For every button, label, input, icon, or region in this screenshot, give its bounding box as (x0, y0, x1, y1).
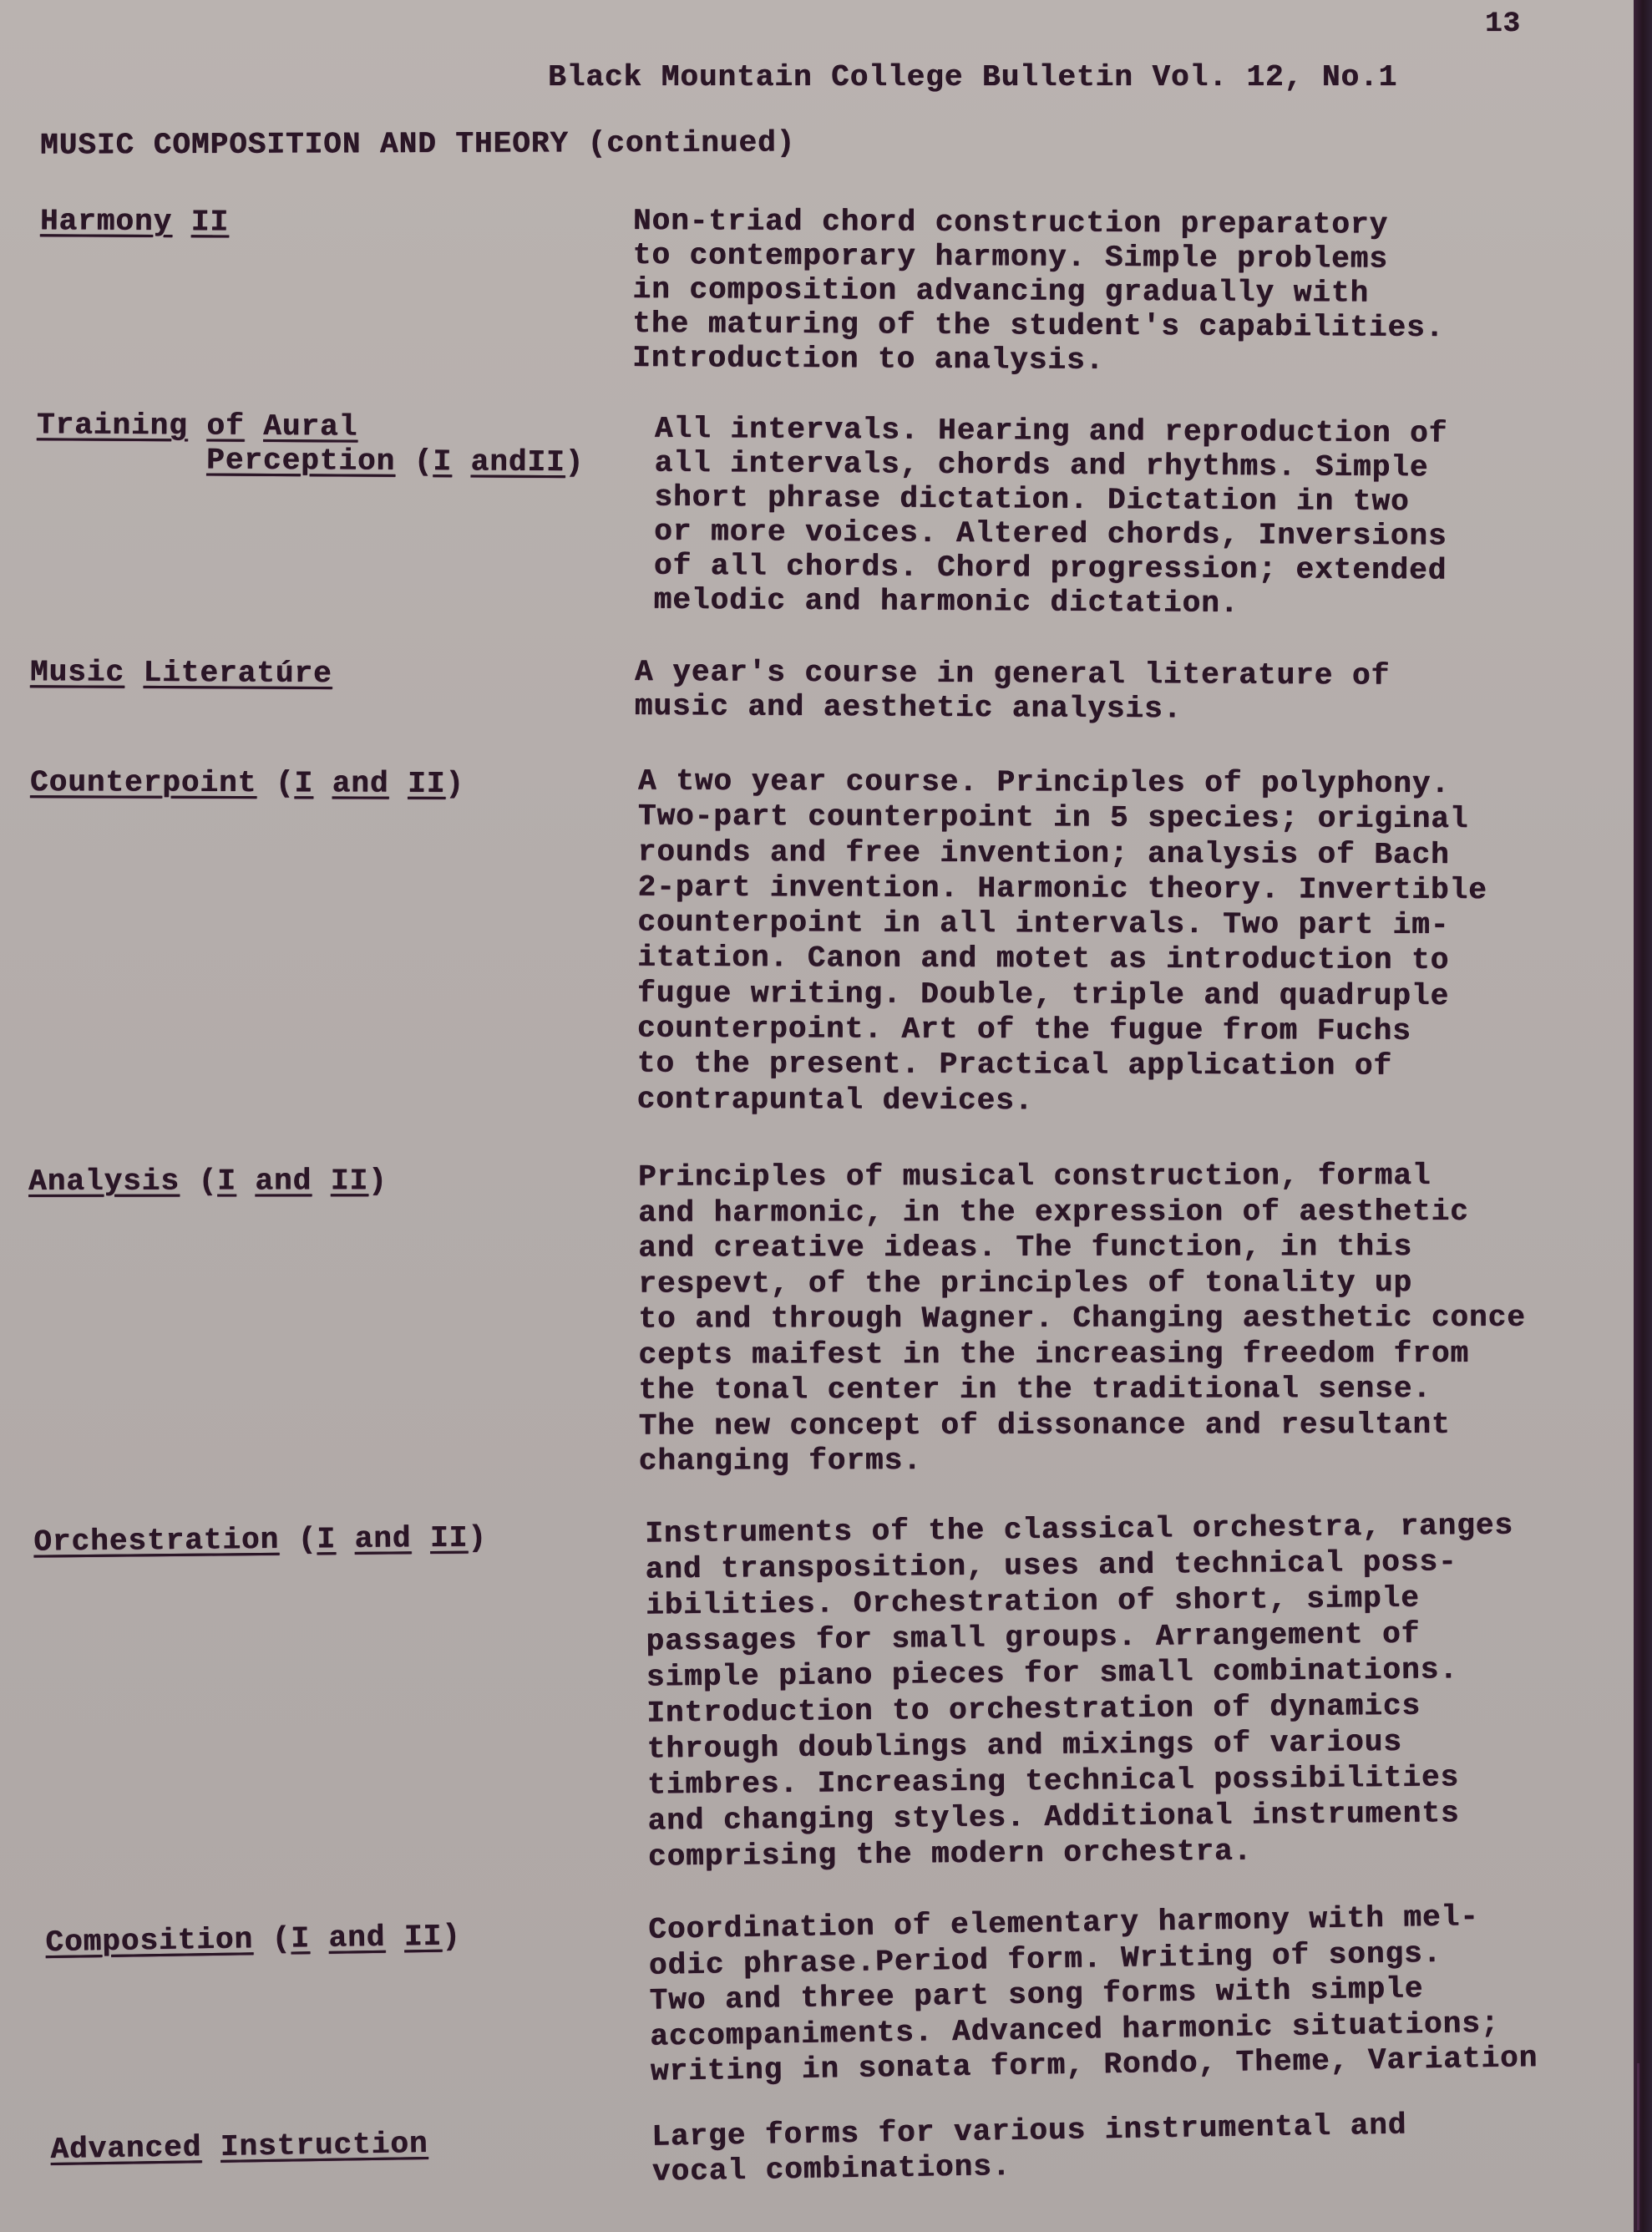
description-line: music and aesthetic analysis. (635, 689, 1390, 728)
course-entry: Composition (I and II)Coordination of el… (0, 1897, 1635, 1923)
course-name: Training of Aural Perception (I andII) (36, 408, 584, 479)
name-spacer: ( (279, 1522, 317, 1556)
page-edge-line (1637, 2063, 1639, 2230)
course-name-line: Harmony II (40, 204, 229, 239)
description-line: changing forms. (639, 1443, 1526, 1479)
name-spacer (313, 766, 332, 800)
description-line: to and through Wagner. Changing aestheti… (638, 1301, 1525, 1337)
course-name: Music Literatúre (30, 655, 332, 691)
description-line: comprising the modern orchestra. (648, 1831, 1517, 1875)
description-line: A year's course in general literature of (635, 655, 1390, 693)
name-spacer (36, 442, 206, 477)
course-description: Large forms for various instrumental and… (651, 2108, 1407, 2190)
page-number: 13 (1485, 7, 1521, 42)
underlined-word: II (191, 205, 229, 239)
description-line: contrapuntal devices. (637, 1082, 1487, 1120)
description-line: or more voices. Altered chords, Inversio… (654, 515, 1447, 554)
section-title: MUSIC COMPOSITION AND THEORY (continued) (40, 125, 795, 163)
description-line: to contemporary harmony. Simple problems (633, 238, 1445, 276)
description-line: The new concept of dissonance and result… (639, 1407, 1526, 1443)
course-name: Advanced Instruction (50, 2127, 428, 2168)
underlined-word: Analysis (28, 1164, 180, 1199)
name-spacer (188, 408, 207, 443)
underlined-word: Instruction (220, 2127, 428, 2164)
course-name-line: Training of Aural (37, 408, 585, 445)
name-spacer: ) (368, 1164, 388, 1198)
course-name: Orchestration (I and II) (33, 1520, 487, 1560)
name-spacer (336, 1522, 355, 1556)
name-spacer (388, 767, 408, 801)
underlined-word: of (206, 409, 244, 444)
course-entry: Counterpoint (I and II)A two year course… (0, 762, 1635, 768)
description-line: and harmonic, in the expression of aesth… (638, 1194, 1525, 1230)
description-line: the tonal center in the traditional sens… (638, 1372, 1525, 1408)
description-line: Principles of musical construction, form… (638, 1159, 1525, 1195)
description-line: short phrase dictation. Dictation in two (654, 480, 1447, 520)
name-spacer: ( (180, 1164, 217, 1199)
underlined-word: Music (30, 655, 124, 690)
description-line: counterpoint in all intervals. Two part … (637, 905, 1487, 944)
name-spacer (244, 409, 263, 444)
name-spacer: ( (253, 1922, 291, 1957)
description-line: to the present. Practical application of (637, 1047, 1487, 1085)
course-name: Counterpoint (I and II) (30, 765, 464, 802)
course-name-line: Composition (I and II) (45, 1919, 461, 1961)
course-name-line: Counterpoint (I and II) (30, 765, 464, 802)
name-spacer (385, 1920, 404, 1954)
underlined-word: and (354, 1521, 411, 1556)
course-description: Principles of musical construction, form… (638, 1159, 1526, 1479)
page-edge-shadow (1634, 0, 1652, 2232)
description-line: All intervals. Hearing and reproduction … (655, 412, 1448, 451)
underlined-word: II (331, 1164, 368, 1198)
name-spacer (312, 1164, 331, 1198)
underlined-word: Aural (263, 409, 357, 444)
underlined-word: I (217, 1164, 236, 1199)
name-spacer: ) (445, 767, 464, 801)
underlined-word: II (430, 1521, 469, 1555)
course-description: A year's course in general literature of… (635, 655, 1391, 728)
name-spacer: ( (256, 766, 294, 800)
course-entry: Analysis (I and II)Principles of musical… (0, 1159, 1635, 1161)
underlined-word: Advanced (50, 2130, 201, 2167)
underlined-word: Orchestration (33, 1523, 279, 1560)
underlined-word: II (404, 1920, 443, 1955)
description-line: 2-part invention. Harmonic theory. Inver… (637, 870, 1487, 909)
course-name-line: Orchestration (I and II) (33, 1520, 487, 1560)
description-line: of all chords. Chord progression; extend… (654, 549, 1447, 588)
description-line: the maturing of the student's capabiliti… (632, 307, 1444, 345)
course-entry: Orchestration (I and II)Instruments of t… (0, 1506, 1635, 1522)
description-line: and creative ideas. The function, in thi… (638, 1230, 1525, 1266)
description-line: Two-part counterpoint in 5 species; orig… (638, 799, 1487, 838)
course-description: All intervals. Hearing and reproduction … (653, 412, 1447, 622)
description-line: respevt, of the principles of tonality u… (638, 1265, 1525, 1301)
description-line: rounds and free invention; analysis of B… (638, 834, 1487, 873)
underlined-word: and (328, 1920, 385, 1956)
course-description: Non-triad chord construction preparatory… (632, 204, 1445, 379)
course-name-line: Advanced Instruction (50, 2127, 428, 2168)
description-line: fugue writing. Double, triple and quadru… (637, 976, 1487, 1014)
course-name: Composition (I and II) (45, 1919, 461, 1961)
name-spacer (309, 1921, 328, 1956)
description-line: Non-triad chord construction preparatory (633, 204, 1445, 242)
underlined-word: Counterpoint (30, 765, 256, 800)
course-description: Instruments of the classical orchestra, … (645, 1508, 1517, 1875)
course-entry: Advanced InstructionLarge forms for vari… (0, 2104, 1635, 2130)
course-entry: Harmony IINon-triad chord construction p… (0, 200, 1635, 209)
course-entry: Music LiteratúreA year's course in gener… (0, 652, 1635, 660)
underlined-word: Composition (45, 1922, 253, 1960)
name-spacer (452, 444, 471, 479)
description-line: counterpoint. Art of the fugue from Fuch… (637, 1012, 1487, 1050)
course-name-line: Analysis (I and II) (28, 1164, 388, 1200)
description-line: all intervals, chords and rhythms. Simpl… (654, 446, 1447, 485)
underlined-word: II (408, 767, 445, 801)
course-name: Analysis (I and II) (28, 1164, 388, 1200)
course-name-line: Music Literatúre (30, 655, 332, 691)
underlined-word: and (332, 766, 389, 800)
name-spacer: ) (468, 1520, 487, 1555)
course-description: Coordination of elementary harmony with … (648, 1899, 1538, 2090)
underlined-word: Harmony (40, 204, 172, 239)
description-line: cepts maifest in the increasing freedom … (638, 1336, 1525, 1372)
underlined-word: I (433, 444, 452, 479)
course-name: Harmony II (40, 204, 229, 239)
name-spacer (172, 205, 191, 239)
name-spacer: ) (442, 1919, 461, 1953)
course-entry: Training of Aural Perception (I andII)Al… (0, 408, 1635, 418)
underlined-word: andII (470, 444, 565, 479)
name-spacer (236, 1164, 256, 1198)
name-spacer (124, 656, 144, 690)
underlined-word: I (291, 1921, 310, 1956)
description-line: A two year course. Principles of polypho… (638, 764, 1487, 803)
name-spacer: ) (565, 445, 584, 479)
course-name-line: Perception (I andII) (36, 442, 584, 479)
underlined-word: I (294, 766, 313, 800)
description-line: melodic and harmonic dictation. (653, 583, 1447, 622)
underlined-word: Perception (206, 444, 395, 479)
underlined-word: Training (37, 408, 188, 443)
underlined-word: I (317, 1522, 336, 1556)
name-spacer: ( (395, 444, 433, 479)
name-spacer (201, 2130, 220, 2164)
name-spacer (411, 1521, 430, 1555)
description-line: in composition advancing gradually with (632, 272, 1444, 311)
document-page: 13 Black Mountain College Bulletin Vol. … (0, 0, 1635, 2232)
bulletin-title: Black Mountain College Bulletin Vol. 12,… (548, 60, 1397, 95)
underlined-word: Literatúre (143, 656, 332, 691)
description-line: itation. Canon and motet as introduction… (637, 941, 1487, 979)
course-description: A two year course. Principles of polypho… (637, 764, 1488, 1121)
description-line: Introduction to analysis. (632, 341, 1444, 379)
underlined-word: and (255, 1164, 312, 1198)
